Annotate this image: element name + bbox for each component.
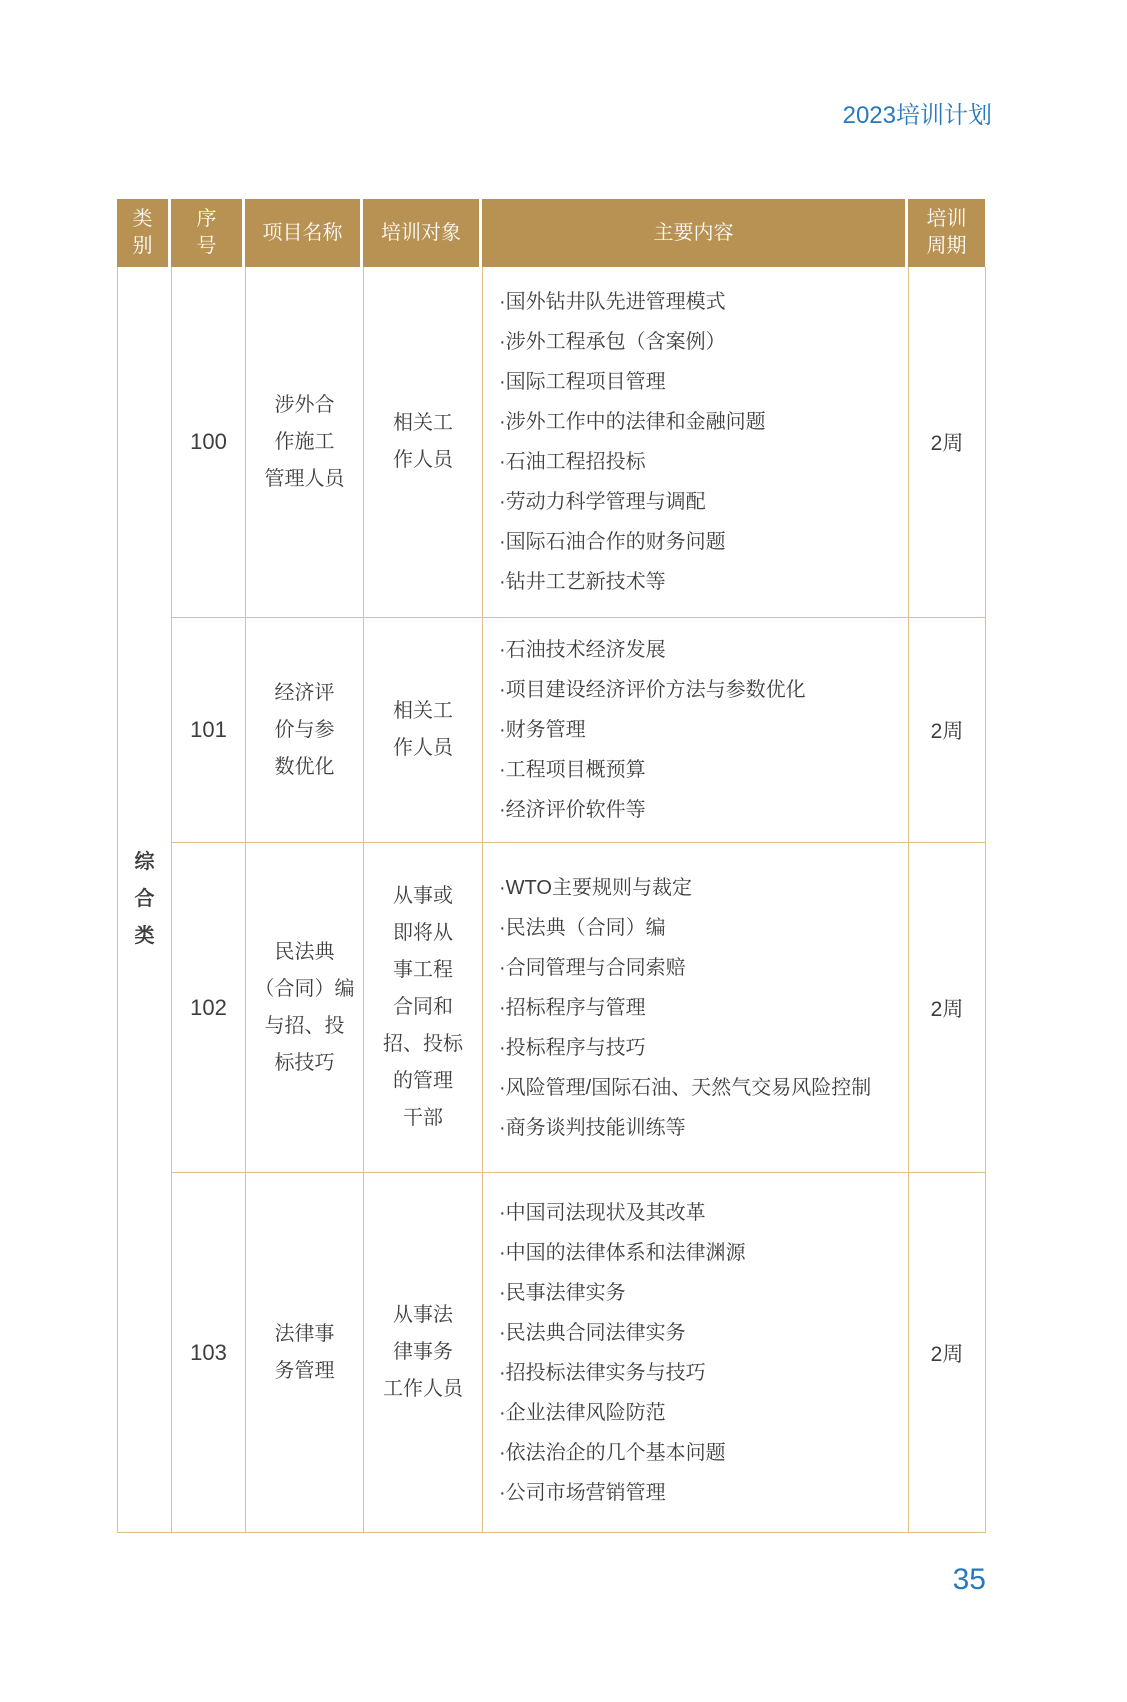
table-header-row: 类别 序号 项目名称 培训对象 主要内容 培训周期 [117,199,985,267]
row-102-main-content-cell: ·WTO主要规则与裁定·民法典（合同）编·合同管理与合同索赔·招标程序与管理·投… [483,843,909,1173]
doc-title: 2023培训计划 [843,102,992,130]
row-101-main-content-cell: ·石油技术经济发展·项目建设经济评价方法与参数优化·财务管理·工程项目概预算·经… [483,618,909,843]
header-cell-number: 序号 [171,199,245,267]
row-103-project-name-cell: 法律事务管理 [246,1173,364,1533]
page-number: 35 [953,1563,986,1597]
row-101-training-target-cell: 相关工作人员 [364,618,483,843]
table-body: 综合类 100 涉外合作施工管理人员 相关工作人员 ·国外钻井队先进管理模式·涉… [117,267,985,1533]
row-100-main-content-cell: ·国外钻井队先进管理模式·涉外工程承包（含案例）·国际工程项目管理·涉外工作中的… [483,267,909,618]
row-103-training-target-cell: 从事法律事务工作人员 [364,1173,483,1533]
row-103-number-cell: 103 [172,1173,246,1533]
row-100-number-cell: 100 [172,267,246,618]
header-cell-project-name: 项目名称 [245,199,363,267]
row-102-project-name-cell: 民法典（合同）编与招、投标技巧 [246,843,364,1173]
row-101-project-name-cell: 经济评价与参数优化 [246,618,364,843]
category-cell: 综合类 [118,267,172,1533]
row-100-project-name-cell: 涉外合作施工管理人员 [246,267,364,618]
row-100-training-target-cell: 相关工作人员 [364,267,483,618]
row-103-period-cell: 2周 [909,1173,986,1533]
header-cell-category: 类别 [117,199,171,267]
row-101-period-cell: 2周 [909,618,986,843]
header-cell-training-target: 培训对象 [363,199,482,267]
row-102-training-target-cell: 从事或即将从事工程合同和招、投标的管理干部 [364,843,483,1173]
row-102-number-cell: 102 [172,843,246,1173]
header-cell-main-content: 主要内容 [482,199,908,267]
row-102-period-cell: 2周 [909,843,986,1173]
row-100-period-cell: 2周 [909,267,986,618]
training-plan-table: 类别 序号 项目名称 培训对象 主要内容 培训周期 综合类 100 涉外合作施工… [117,199,985,1533]
row-103-main-content-cell: ·中国司法现状及其改革·中国的法律体系和法律渊源·民事法律实务·民法典合同法律实… [483,1173,909,1533]
header-cell-training-period: 培训周期 [908,199,985,267]
row-101-number-cell: 101 [172,618,246,843]
